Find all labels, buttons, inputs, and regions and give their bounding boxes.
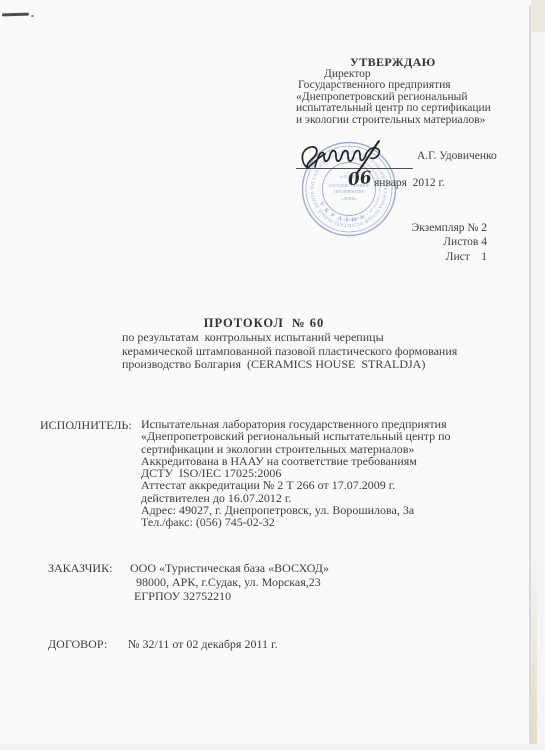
executor-line: Тел./факс: (056) 745-02-32 xyxy=(141,516,521,528)
customer-line: ООО «Туристическая база «ВОСХОД» xyxy=(130,561,430,575)
approval-block: УТВЕРЖДАЮ Директор Государственного пред… xyxy=(296,57,531,126)
pen-mark xyxy=(2,13,29,17)
executor-line: «Днепропетровский региональный испытател… xyxy=(141,430,521,442)
handwritten-date-day: 06 xyxy=(347,168,373,190)
executor-line: Аттестат аккредитации № 2 Т 266 от 17.07… xyxy=(141,479,521,491)
signature-scribble xyxy=(297,139,389,175)
sheets-total: Листов 4 xyxy=(375,235,487,249)
customer-line: ЕГРПОУ 32752210 xyxy=(134,589,430,603)
approval-line: и экологии строительных материалов» xyxy=(296,115,531,127)
stamp-country-text: У К Р А Ї Н А xyxy=(318,201,367,224)
stamp-inner-line: «ДРИЦ» xyxy=(341,196,356,201)
sheet-number: Лист 1 xyxy=(375,250,487,264)
protocol-subtitle-line: производство Болгария (CERAMICS HOUSE ST… xyxy=(122,357,502,372)
date-text: января 2012 г. xyxy=(374,177,445,189)
contract-label: ДОГОВОР: xyxy=(48,637,107,652)
executor-label: ИСПОЛНИТЕЛЬ: xyxy=(40,418,132,433)
protocol-title: ПРОТОКОЛ № 60 xyxy=(120,316,408,331)
customer-line: 98000, АРК, г.Судак, ул. Морская,23 xyxy=(136,575,430,589)
approval-heading: УТВЕРЖДАЮ xyxy=(296,57,531,69)
page-edge-shadow-bottom xyxy=(531,555,537,745)
contract-value: № 32/11 от 02 декабря 2011 г. xyxy=(128,637,278,652)
page-edge-shadow-top xyxy=(531,0,545,32)
copy-number: Экземпляр № 2 xyxy=(375,221,487,235)
scanned-protocol-page: УТВЕРЖДАЮ Директор Государственного пред… xyxy=(0,0,545,750)
executor-block: Испытательная лаборатория государственно… xyxy=(141,418,521,529)
approval-line: испытательный центр по сертификации xyxy=(296,103,531,115)
page-bottom-shadow xyxy=(0,744,545,750)
copy-info-block: Экземпляр № 2 Листов 4 Лист 1 xyxy=(375,221,487,264)
signer-name: А.Г. Удовиченко xyxy=(417,150,497,162)
pen-mark-dot xyxy=(31,15,34,17)
customer-label: ЗАКАЗЧИК: xyxy=(48,561,112,576)
approval-line: Государственного предприятия xyxy=(296,80,531,92)
svg-text:У К Р А Ї Н А: У К Р А Ї Н А xyxy=(318,201,367,224)
customer-block: ООО «Туристическая база «ВОСХОД» 98000, … xyxy=(130,561,430,603)
